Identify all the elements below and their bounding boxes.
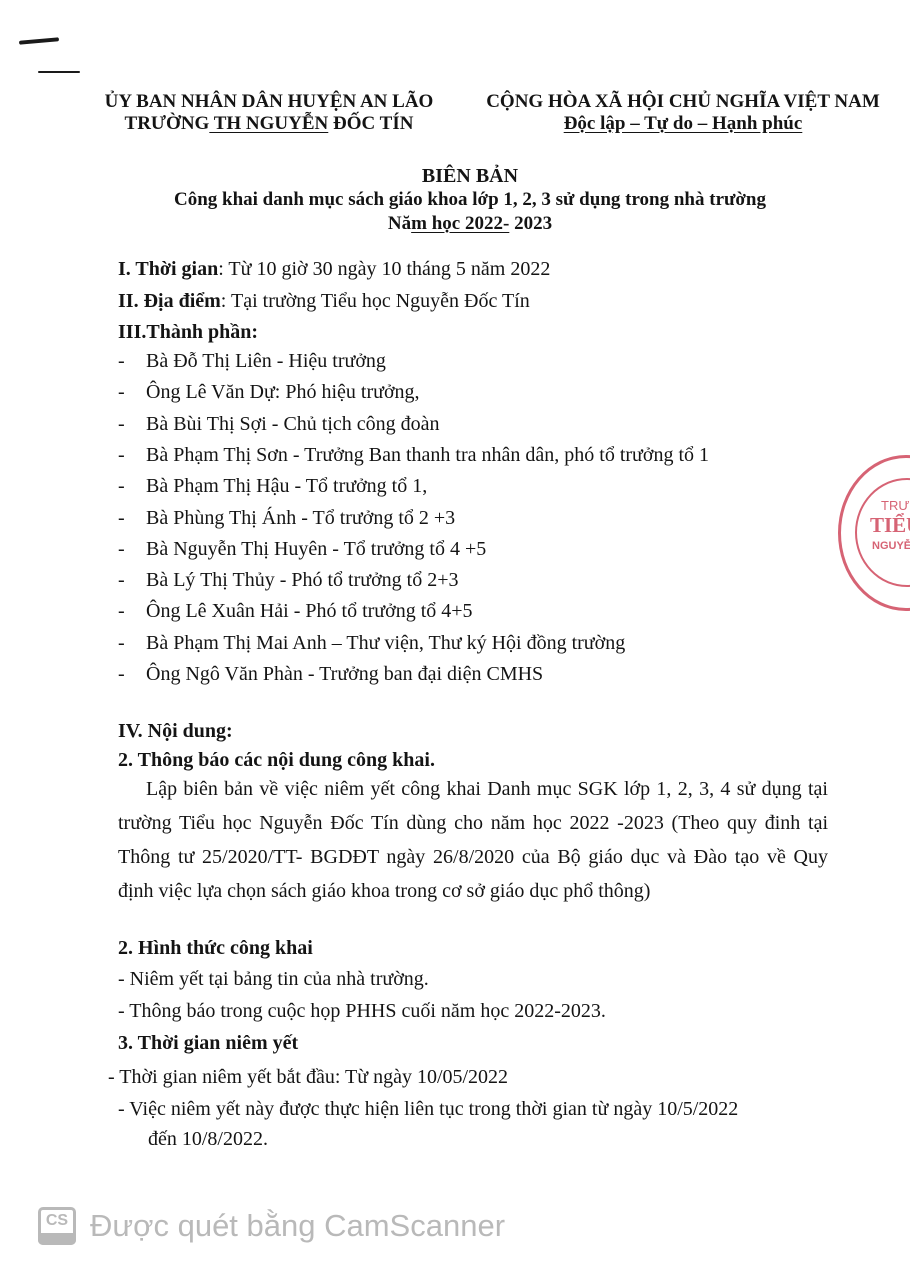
period-item: - Thời gian niêm yết bắt đầu: Từ ngày 10…: [108, 1064, 508, 1090]
member-text: Bà Phùng Thị Ánh - Tổ trưởng tổ 2 +3: [146, 507, 455, 529]
pen-mark: [38, 71, 80, 73]
member-text: Bà Lý Thị Thủy - Phó tổ trưởng tổ 2+3: [146, 569, 459, 591]
form-item: - Niêm yết tại bảng tin của nhà trường.: [118, 966, 429, 992]
bullet-dash: -: [118, 630, 146, 656]
issuer-header: ỦY BAN NHÂN DÂN HUYỆN AN LÃO TRƯỜNG TH N…: [80, 91, 458, 135]
camscanner-logo-icon: CS: [38, 1207, 76, 1245]
watermark-text: Được quét bằng CamScanner: [90, 1208, 505, 1244]
camscanner-watermark: CS Được quét bằng CamScanner: [38, 1207, 505, 1245]
member-text: Bà Phạm Thị Sơn - Trưởng Ban thanh tra n…: [146, 444, 709, 466]
member-list-item: -Bà Phùng Thị Ánh - Tổ trưởng tổ 2 +3: [118, 505, 455, 531]
member-list-item: -Bà Đỗ Thị Liên - Hiệu trưởng: [118, 348, 386, 374]
member-list-item: -Bà Bùi Thị Sợi - Chủ tịch công đoàn: [118, 411, 440, 437]
document-title-block: BIÊN BẢN Công khai danh mục sách giáo kh…: [80, 164, 860, 236]
document-title: BIÊN BẢN: [80, 164, 860, 188]
bullet-dash: -: [118, 442, 146, 468]
member-text: Bà Phạm Thị Hậu - Tổ trưởng tổ 1,: [146, 475, 427, 497]
pen-mark: [19, 37, 59, 44]
member-list-item: -Ông Lê Văn Dự: Phó hiệu trưởng,: [118, 379, 420, 405]
stamp-text: TRƯỜ: [881, 498, 910, 513]
subsection-form-label: 2. Hình thức công khai: [118, 935, 313, 961]
member-list-item: -Bà Phạm Thị Mai Anh – Thư viện, Thư ký …: [118, 630, 625, 656]
member-list-item: -Ông Ngô Văn Phàn - Trưởng ban đại diện …: [118, 661, 543, 687]
national-header: CỘNG HÒA XÃ HỘI CHỦ NGHĨA VIỆT NAM Độc l…: [478, 91, 888, 135]
subsection-period-label: 3. Thời gian niêm yết: [118, 1030, 298, 1056]
issuer-school: TRƯỜNG TH NGUYỄN ĐỐC TÍN: [80, 113, 458, 135]
subsection-announcement-label: 2. Thông báo các nội dung công khai.: [118, 747, 435, 773]
bullet-dash: -: [118, 411, 146, 437]
form-item: - Thông báo trong cuộc họp PHHS cuối năm…: [118, 998, 606, 1024]
bullet-dash: -: [118, 379, 146, 405]
bullet-dash: -: [118, 473, 146, 499]
section-place: II. Địa điểm: Tại trường Tiểu học Nguyễn…: [118, 288, 530, 314]
member-list-item: -Bà Nguyễn Thị Huyên - Tổ trưởng tổ 4 +5: [118, 536, 486, 562]
section-members-label: III.Thành phần:: [118, 319, 258, 345]
member-text: Bà Phạm Thị Mai Anh – Thư viện, Thư ký H…: [146, 632, 625, 654]
national-title: CỘNG HÒA XÃ HỘI CHỦ NGHĨA VIỆT NAM: [478, 91, 888, 113]
bullet-dash: -: [118, 567, 146, 593]
stamp-text: TIỂU: [870, 513, 910, 538]
member-text: Ông Lê Xuân Hải - Phó tổ trưởng tổ 4+5: [146, 600, 473, 622]
member-list-item: -Ông Lê Xuân Hải - Phó tổ trưởng tổ 4+5: [118, 598, 473, 624]
bullet-dash: -: [118, 536, 146, 562]
announcement-paragraph: Lập biên bản về việc niêm yết công khai …: [118, 772, 828, 908]
school-year: Năm học 2022- 2023: [80, 212, 860, 236]
national-motto: Độc lập – Tự do – Hạnh phúc: [478, 113, 888, 135]
bullet-dash: -: [118, 598, 146, 624]
section-time: I. Thời gian: Từ 10 giờ 30 ngày 10 tháng…: [118, 256, 550, 282]
section-content-label: IV. Nội dung:: [118, 718, 233, 744]
member-text: Bà Đỗ Thị Liên - Hiệu trưởng: [146, 350, 386, 372]
member-text: Bà Nguyễn Thị Huyên - Tổ trưởng tổ 4 +5: [146, 538, 486, 560]
member-list-item: -Bà Lý Thị Thủy - Phó tổ trưởng tổ 2+3: [118, 567, 459, 593]
document-subtitle: Công khai danh mục sách giáo khoa lớp 1,…: [80, 188, 860, 212]
bullet-dash: -: [118, 661, 146, 687]
period-item-continued: đến 10/8/2022.: [148, 1126, 268, 1152]
bullet-dash: -: [118, 505, 146, 531]
member-text: Ông Lê Văn Dự: Phó hiệu trưởng,: [146, 381, 420, 403]
member-list-item: -Bà Phạm Thị Hậu - Tổ trưởng tổ 1,: [118, 473, 427, 499]
scanned-document-page: ỦY BAN NHÂN DÂN HUYỆN AN LÃO TRƯỜNG TH N…: [0, 0, 910, 1280]
period-item: - Việc niêm yết này được thực hiện liên …: [118, 1096, 738, 1122]
member-text: Bà Bùi Thị Sợi - Chủ tịch công đoàn: [146, 413, 440, 435]
issuer-authority: ỦY BAN NHÂN DÂN HUYỆN AN LÃO: [80, 91, 458, 113]
member-list-item: -Bà Phạm Thị Sơn - Trưởng Ban thanh tra …: [118, 442, 709, 468]
stamp-text: NGUYỄN: [872, 540, 910, 552]
official-stamp: TRƯỜ TIỂU NGUYỄN: [838, 455, 910, 611]
member-text: Ông Ngô Văn Phàn - Trưởng ban đại diện C…: [146, 663, 543, 685]
bullet-dash: -: [118, 348, 146, 374]
